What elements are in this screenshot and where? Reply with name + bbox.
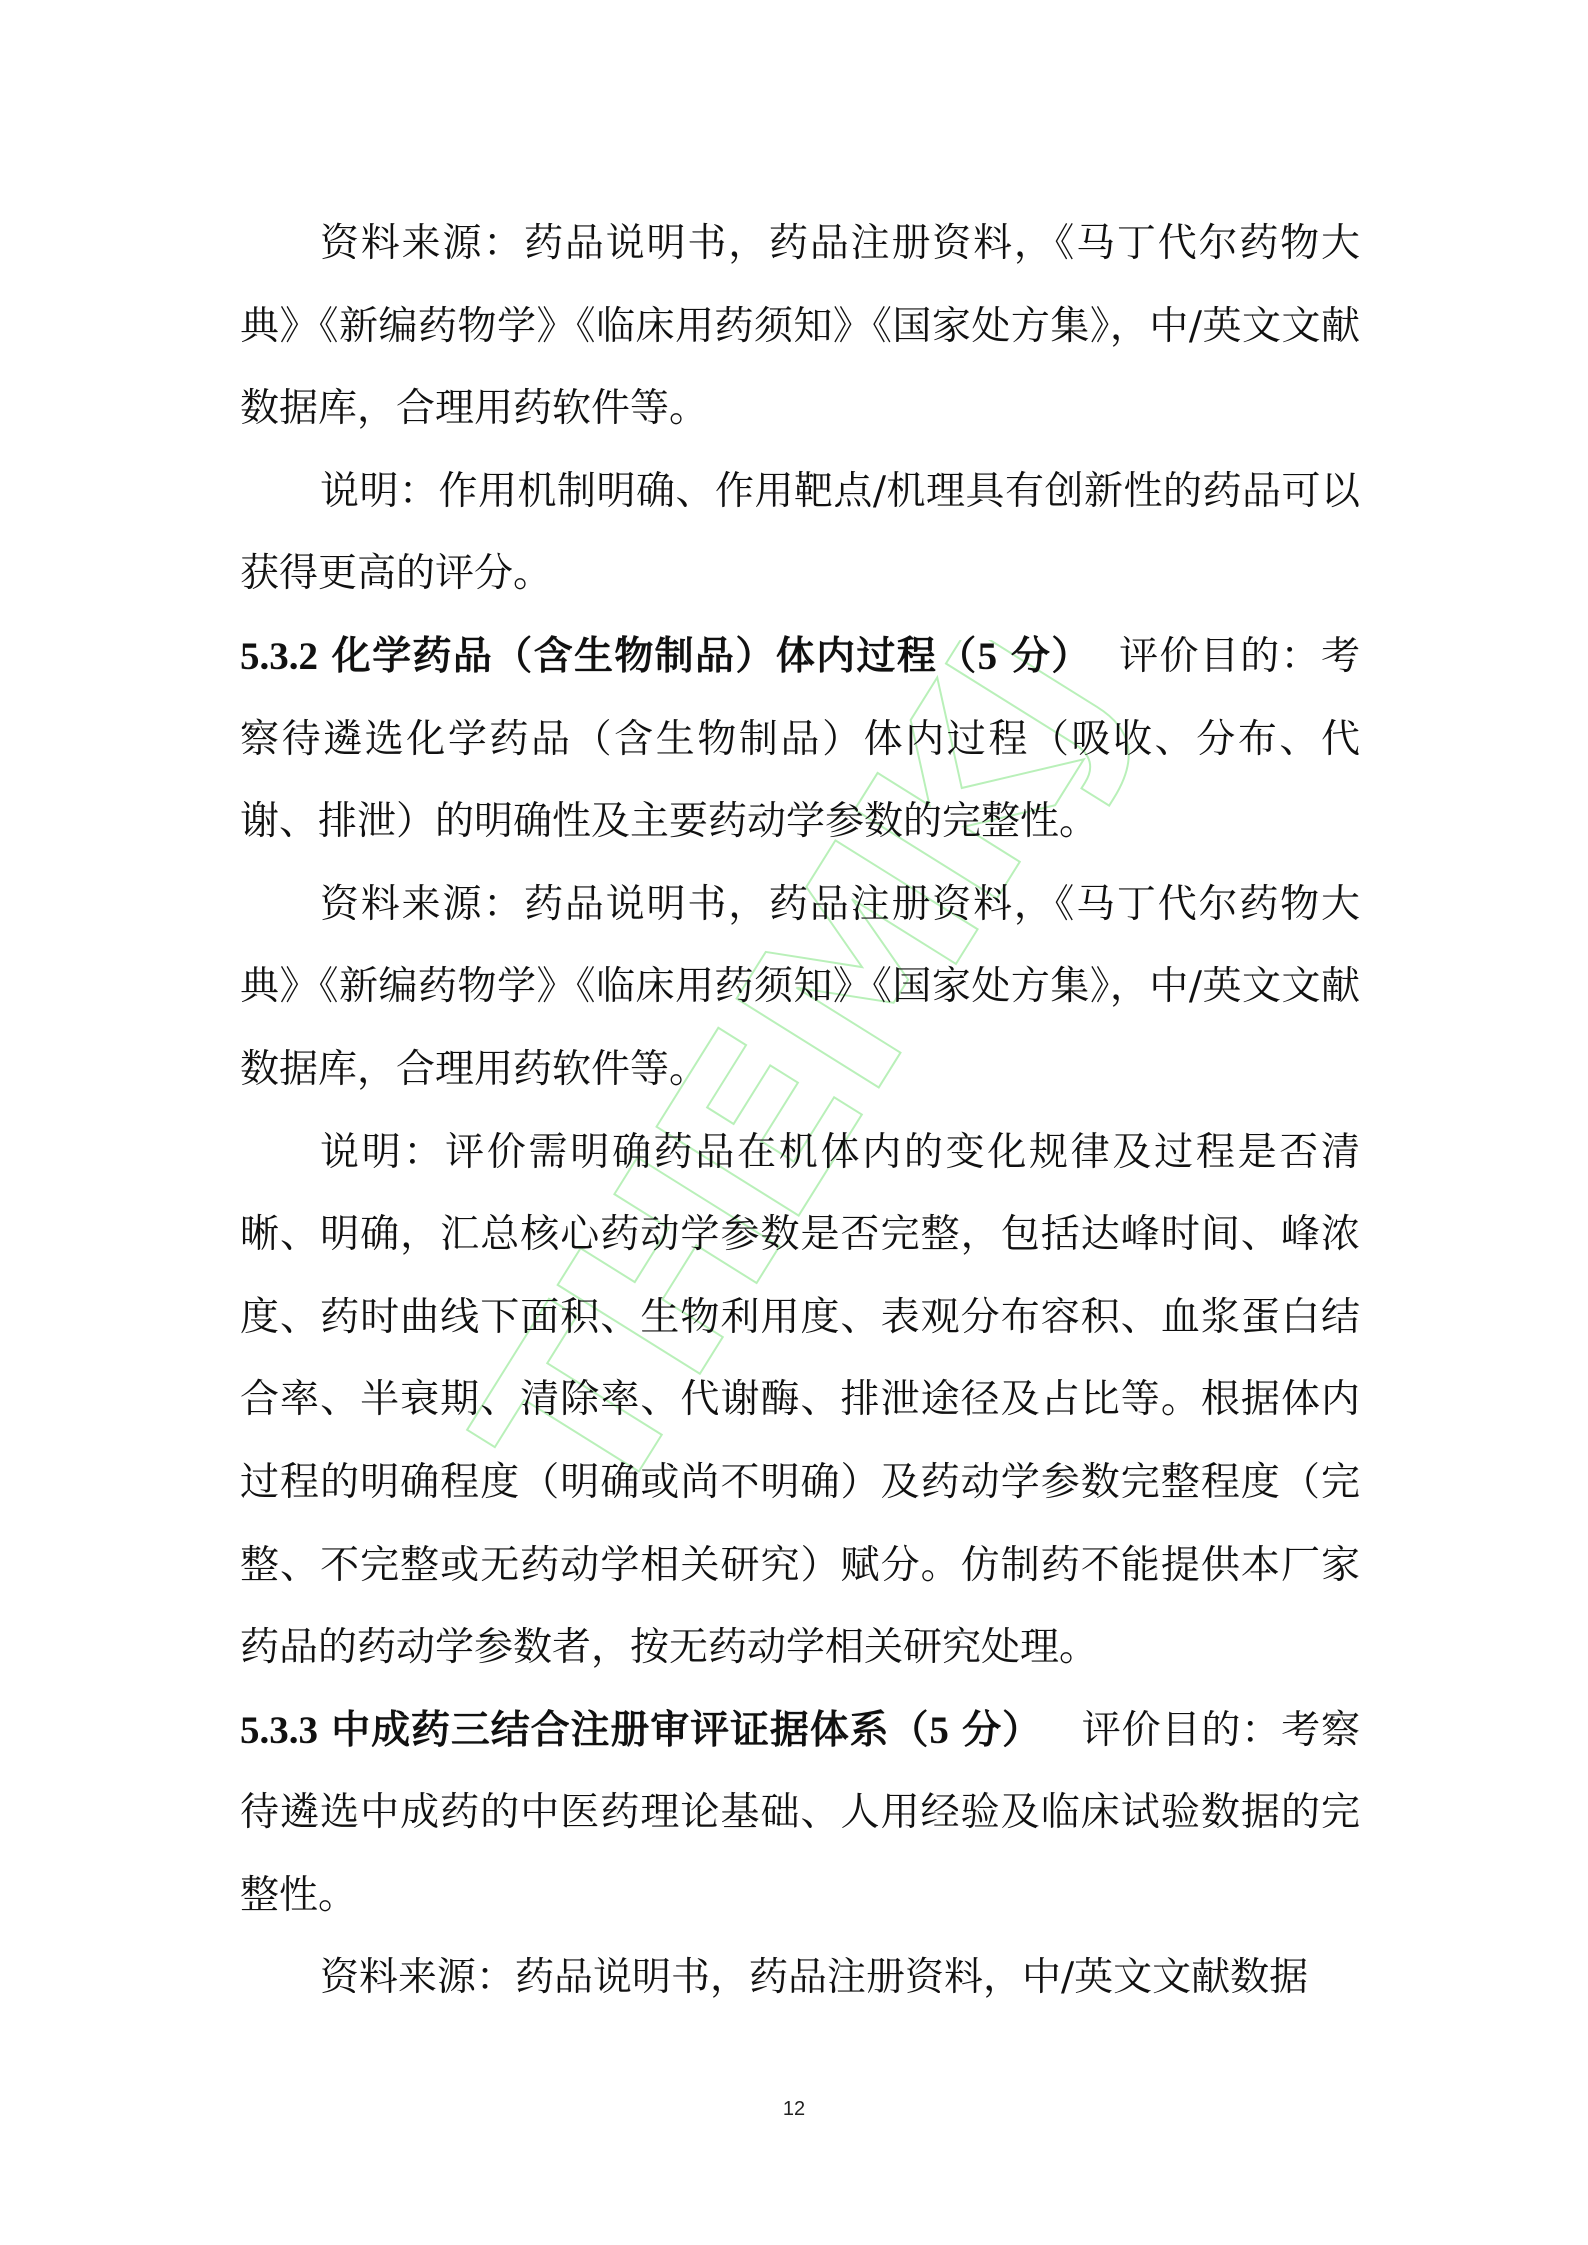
section-number: 5.3.3	[240, 1709, 318, 1752]
section-score: 5	[929, 1709, 949, 1752]
paragraph-sources-2: 资料来源：药品说明书，药品注册资料，《马丁代尔药物大典》《新编药物学》《临床用药…	[240, 864, 1360, 1112]
section-5-3-3: 5.3.3 中成药三结合注册审评证据体系（5 分） 评价目的：考察待遴选中成药的…	[240, 1690, 1360, 1938]
section-score-unit: 分）	[962, 1708, 1042, 1753]
document-body: 资料来源：药品说明书，药品注册资料，《马丁代尔药物大典》《新编药物学》《临床用药…	[240, 203, 1360, 2020]
paragraph-note-1: 说明：作用机制明确、作用靶点/机理具有创新性的药品可以获得更高的评分。	[240, 451, 1360, 616]
section-title: 化学药品（含生物制品）体内过程（	[332, 634, 978, 679]
page-number: 12	[0, 2098, 1588, 2121]
section-score-unit: 分）	[1011, 634, 1092, 679]
paragraph-sources-1: 资料来源：药品说明书，药品注册资料，《马丁代尔药物大典》《新编药物学》《临床用药…	[240, 203, 1360, 451]
section-title: 中成药三结合注册审评证据体系（	[331, 1708, 929, 1753]
paragraph-sources-3: 资料来源：药品说明书，药品注册资料，中/英文文献数据	[240, 1937, 1360, 2020]
section-number: 5.3.2	[240, 635, 318, 678]
section-5-3-2: 5.3.2 化学药品（含生物制品）体内过程（5 分） 评价目的：考察待遴选化学药…	[240, 616, 1360, 864]
document-page: THEMKJ 资料来源：药品说明书，药品注册资料，《马丁代尔药物大典》《新编药物…	[0, 0, 1588, 2245]
section-score: 5	[978, 635, 998, 678]
paragraph-note-2: 说明：评价需明确药品在机体内的变化规律及过程是否清晰、明确，汇总核心药动学参数是…	[240, 1112, 1360, 1690]
